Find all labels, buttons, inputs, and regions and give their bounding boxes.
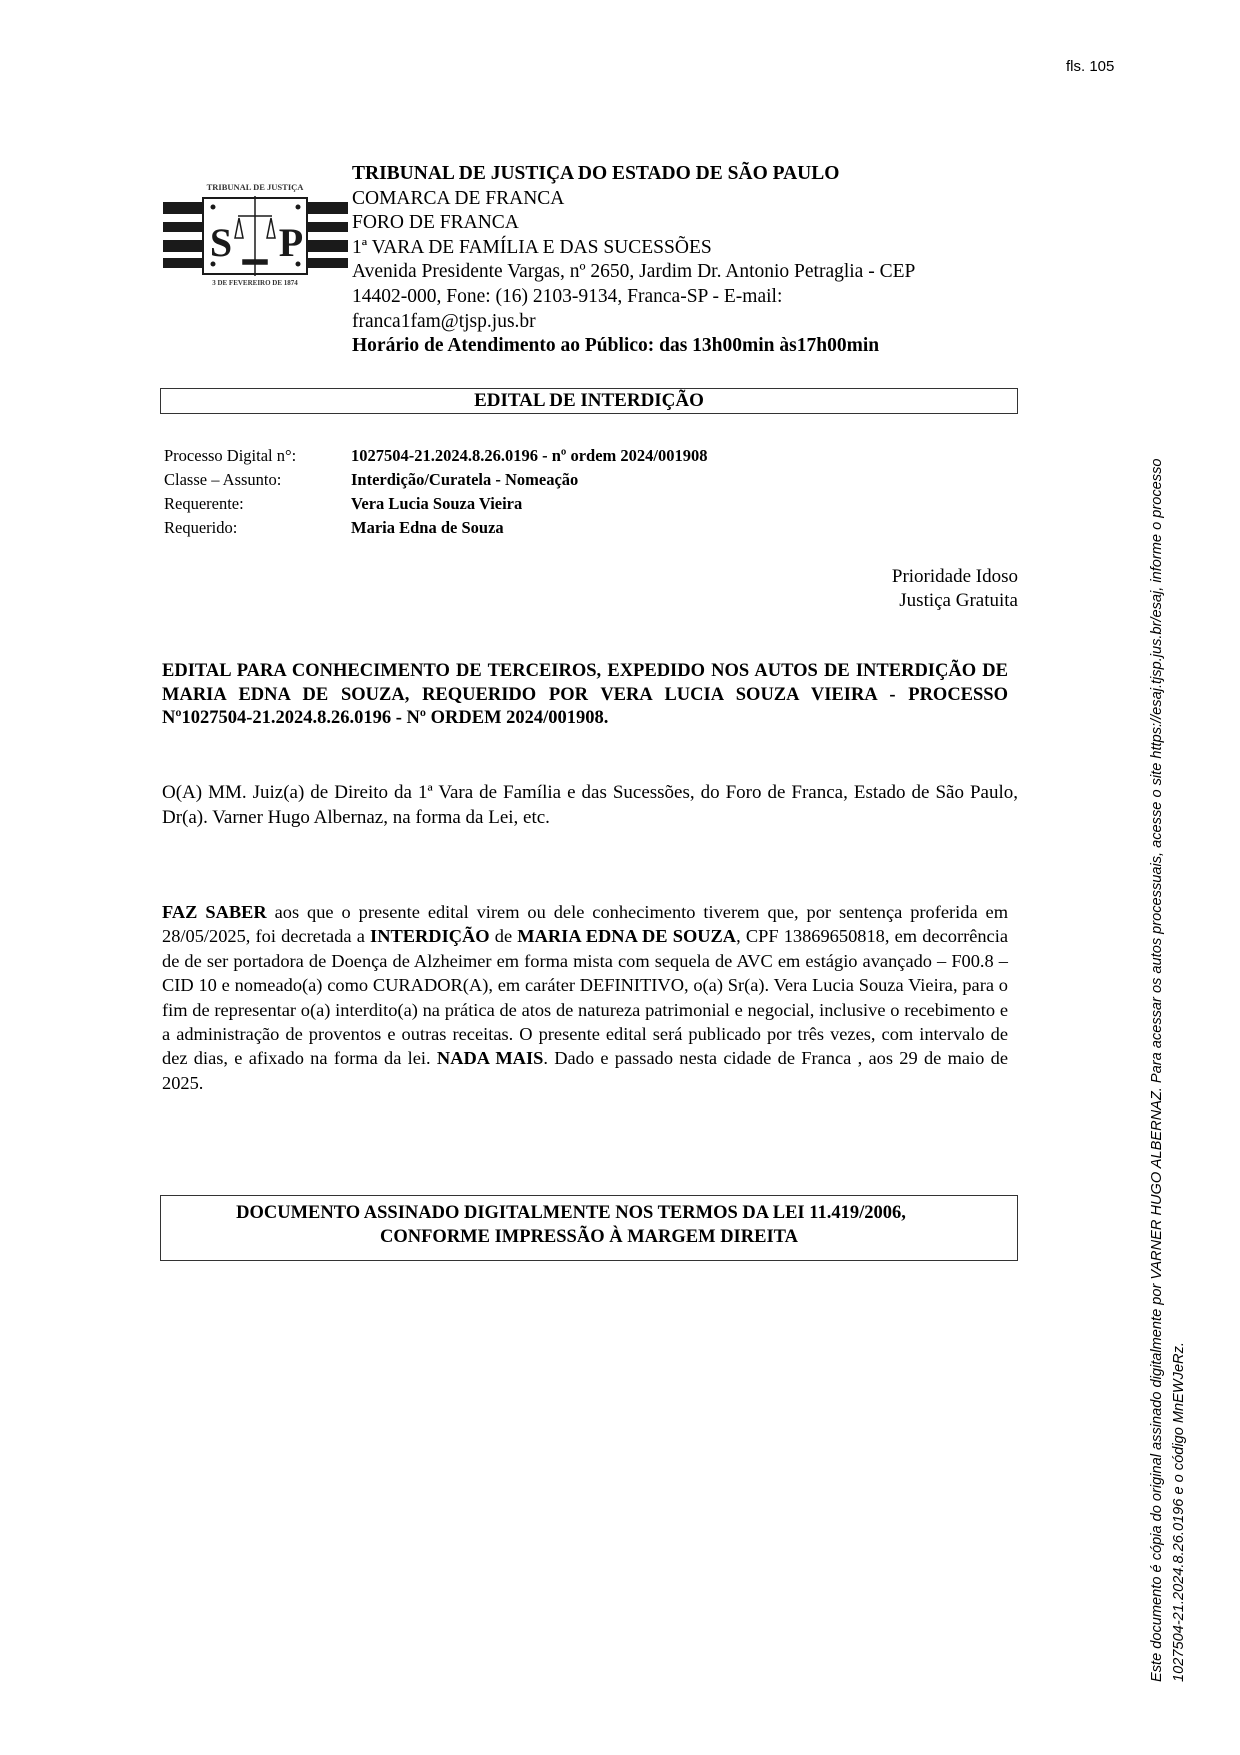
case-flags: Prioridade Idoso Justiça Gratuita [892, 565, 1018, 613]
case-info-value: Interdição/Curatela - Nomeação [351, 468, 578, 492]
case-info-value: 1027504-21.2024.8.26.0196 - nº ordem 202… [351, 444, 708, 468]
margin-authentication-note: Este documento é cópia do original assin… [1146, 459, 1190, 1683]
case-info-value: Maria Edna de Souza [351, 516, 504, 540]
body-text-2: de [490, 926, 518, 946]
case-info-row: Requerido: Maria Edna de Souza [164, 516, 708, 540]
logo-right-letter: P [279, 220, 303, 265]
flag-free-justice: Justiça Gratuita [892, 589, 1018, 613]
foro: FORO DE FRANCA [352, 211, 915, 236]
case-info-row: Processo Digital n°: 1027504-21.2024.8.2… [164, 444, 708, 468]
case-info-label: Requerido: [164, 516, 351, 540]
email: franca1fam@tjsp.jus.br [352, 310, 915, 335]
logo-top-text: TRIBUNAL DE JUSTIÇA [207, 182, 305, 192]
address-line-1: Avenida Presidente Vargas, nº 2650, Jard… [352, 260, 915, 285]
case-info: Processo Digital n°: 1027504-21.2024.8.2… [164, 444, 708, 540]
court-name: TRIBUNAL DE JUSTIÇA DO ESTADO DE SÃO PAU… [352, 162, 915, 187]
interdicao-word: INTERDIÇÃO [370, 926, 490, 946]
case-info-row: Requerente: Vera Lucia Souza Vieira [164, 492, 708, 516]
margin-note-line-2: 1027504-21.2024.8.26.0196 e o código MnE… [1168, 459, 1190, 1683]
digital-signature-notice: DOCUMENTO ASSINADO DIGITALMENTE NOS TERM… [160, 1195, 1018, 1261]
signature-notice-line-1: DOCUMENTO ASSINADO DIGITALMENTE NOS TERM… [161, 1201, 1017, 1225]
case-info-value: Vera Lucia Souza Vieira [351, 492, 522, 516]
vara: 1ª VARA DE FAMÍLIA E DAS SUCESSÕES [352, 236, 915, 261]
address-line-2: 14402-000, Fone: (16) 2103-9134, Franca-… [352, 285, 915, 310]
interdicted-name: MARIA EDNA DE SOUZA [517, 926, 736, 946]
comarca: COMARCA DE FRANCA [352, 187, 915, 212]
document-title: EDITAL DE INTERDIÇÃO [160, 388, 1018, 414]
body-paragraph: FAZ SABER aos que o presente edital vire… [162, 900, 1008, 1095]
page-number: fls. 105 [1066, 58, 1114, 75]
intro-paragraph: O(A) MM. Juiz(a) de Direito da 1ª Vara d… [162, 780, 1018, 830]
nada-mais: NADA MAIS [437, 1048, 543, 1068]
margin-note-line-1: Este documento é cópia do original assin… [1146, 459, 1168, 1683]
case-info-label: Requerente: [164, 492, 351, 516]
case-info-label: Classe – Assunto: [164, 468, 351, 492]
edital-heading: EDITAL PARA CONHECIMENTO DE TERCEIROS, E… [162, 660, 1008, 731]
court-header: TRIBUNAL DE JUSTIÇA DO ESTADO DE SÃO PAU… [352, 162, 915, 359]
logo-left-letter: S [210, 220, 232, 265]
case-info-row: Classe – Assunto: Interdição/Curatela - … [164, 468, 708, 492]
case-info-label: Processo Digital n°: [164, 444, 351, 468]
court-logo: TRIBUNAL DE JUSTIÇA S P 3 DE FEVEREIRO D… [163, 148, 348, 290]
flag-priority: Prioridade Idoso [892, 565, 1018, 589]
faz-saber: FAZ SABER [162, 902, 267, 922]
logo-bottom-text: 3 DE FEVEREIRO DE 1874 [212, 279, 298, 287]
office-hours: Horário de Atendimento ao Público: das 1… [352, 334, 915, 359]
signature-notice-line-2: CONFORME IMPRESSÃO À MARGEM DIREITA [161, 1225, 1017, 1249]
